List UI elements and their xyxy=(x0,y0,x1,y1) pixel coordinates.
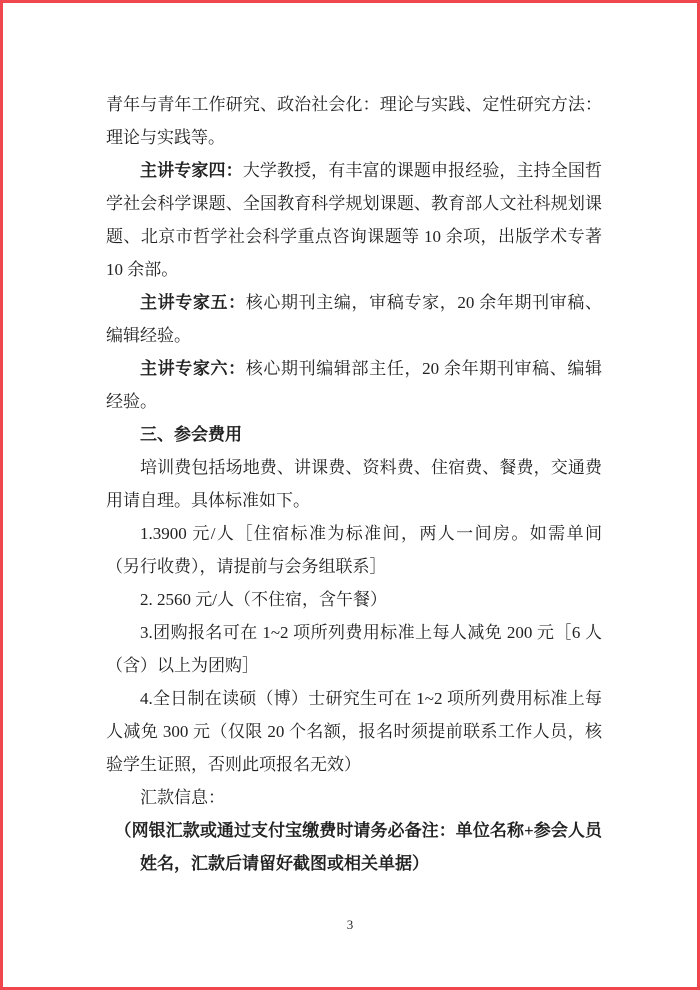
document-page: 青年与青年工作研究、政治社会化：理论与实践、定性研究方法：理论与实践等。 主讲专… xyxy=(0,0,700,990)
paragraph-fee-item-2: 2. 2560 元/人（不住宿，含午餐） xyxy=(106,583,602,616)
paragraph-remit-label: 汇款信息： xyxy=(106,781,602,814)
section-heading-fees: 三、参会费用 xyxy=(106,418,602,451)
paragraph-fee-intro: 培训费包括场地费、讲课费、资料费、住宿费、餐费，交通费用请自理。具体标准如下。 xyxy=(106,451,602,517)
paragraph-fee-item-1: 1.3900 元/人［住宿标准为标准间，两人一间房。如需单间（另行收费），请提前… xyxy=(106,517,602,583)
paragraph-fee-item-3: 3.团购报名可在 1~2 项所列费用标准上每人减免 200 元［6 人（含）以上… xyxy=(106,616,602,682)
page-number: 3 xyxy=(3,918,697,932)
document-body: 青年与青年工作研究、政治社会化：理论与实践、定性研究方法：理论与实践等。 主讲专… xyxy=(106,88,602,880)
paragraph-remit-note: （网银汇款或通过支付宝缴费时请务必备注：单位名称+参会人员姓名，汇款后请留好截图… xyxy=(140,814,602,880)
paragraph-fee-item-4: 4.全日制在读硕（博）士研究生可在 1~2 项所列费用标准上每人减免 300 元… xyxy=(106,682,602,781)
expert-5-lead: 主讲专家五： xyxy=(140,293,246,312)
paragraph-expert-4: 主讲专家四：大学教授，有丰富的课题申报经验，主持全国哲学社会科学课题、全国教育科… xyxy=(106,154,602,286)
paragraph-expert-5: 主讲专家五：核心期刊主编，审稿专家，20 余年期刊审稿、编辑经验。 xyxy=(106,286,602,352)
expert-6-lead: 主讲专家六： xyxy=(140,359,246,378)
paragraph-expert-6: 主讲专家六：核心期刊编辑部主任，20 余年期刊审稿、编辑经验。 xyxy=(106,352,602,418)
paragraph-lecture-topics-continued: 青年与青年工作研究、政治社会化：理论与实践、定性研究方法：理论与实践等。 xyxy=(106,88,602,154)
expert-4-lead: 主讲专家四： xyxy=(140,161,243,180)
